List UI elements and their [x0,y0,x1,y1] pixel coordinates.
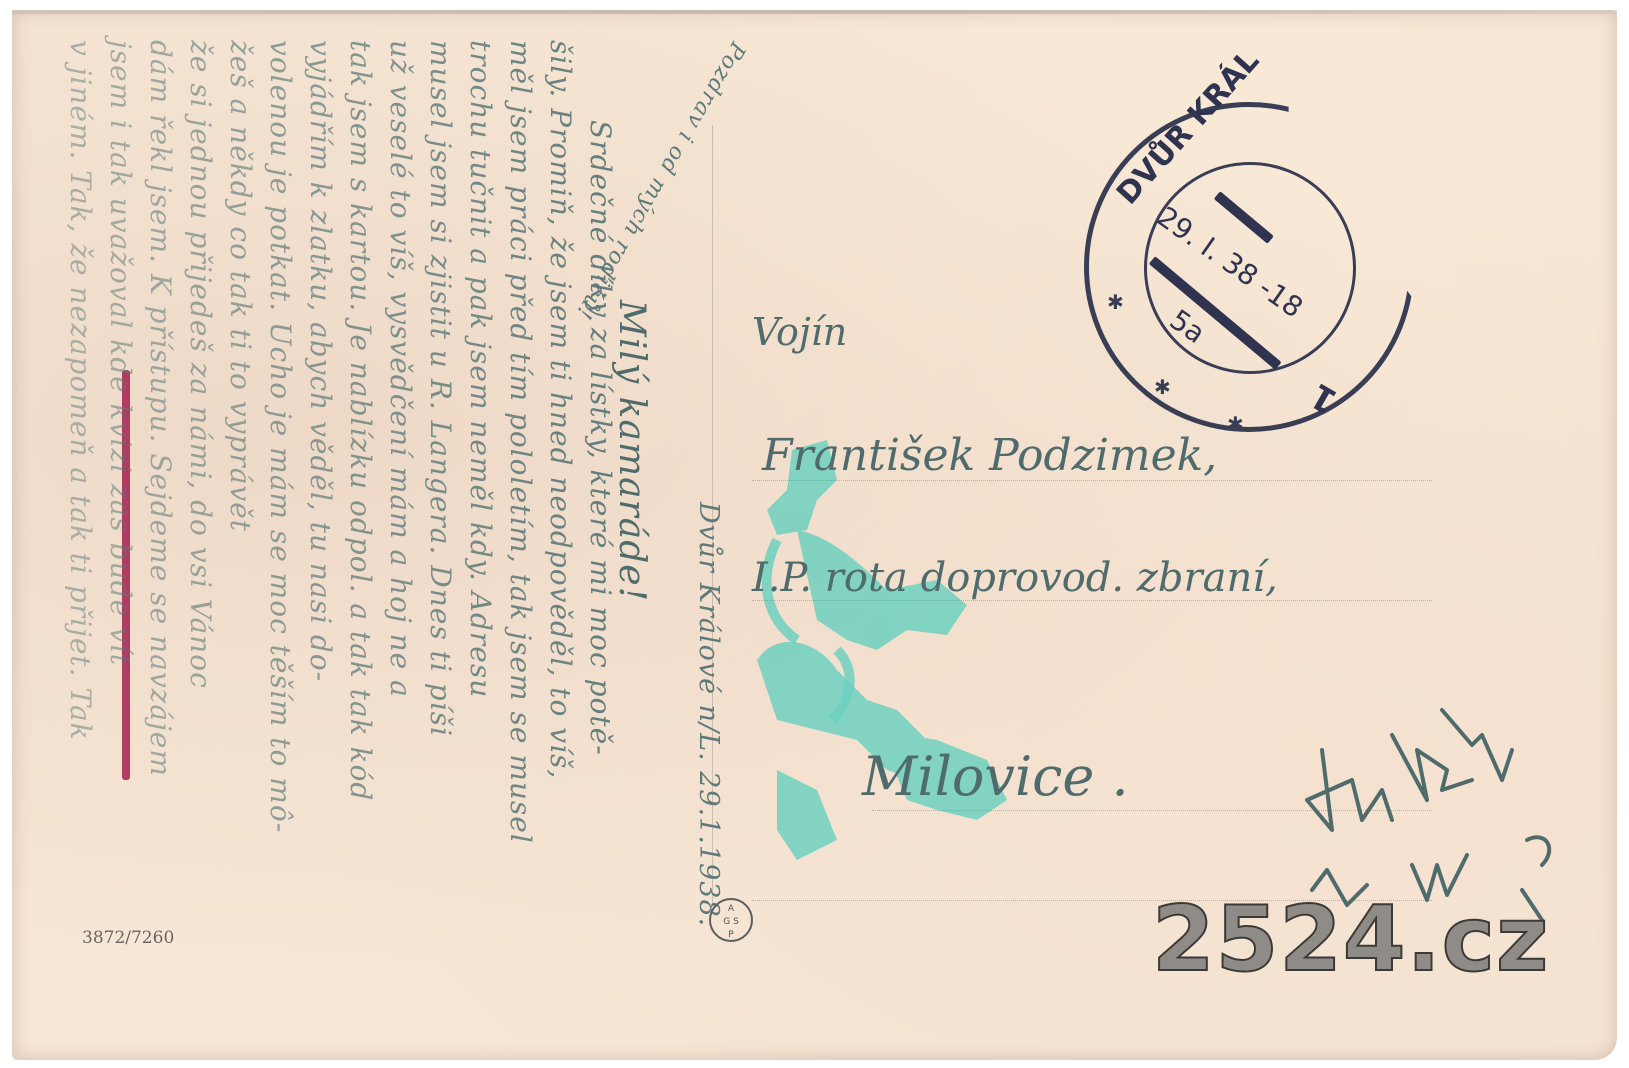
site-watermark: 2524.cz [1152,895,1549,985]
message-line: šily. Promiň, že jsem ti hned neodpovědě… [544,40,577,779]
recipient-town: Milovice . [862,745,1129,808]
postmark-star-icon: ✱ [1107,290,1124,314]
message-line: tak jsem s kartou. Je nablízku odpol. a … [344,40,377,801]
military-label: Vojín [752,310,847,354]
greeting: Milý kamaráde! [611,300,652,602]
message-line: v jiném. Tak, že nezapomeň a tak ti přij… [64,40,97,741]
message-line: jsem i tak uvažoval kde kvizi zas bude v… [104,40,137,666]
print-number: 3872/7260 [82,928,174,948]
message-line: že si jednou přijedeš za námi, do vsi Vá… [184,40,217,689]
mascot-illustration [737,440,1027,880]
place-date: Dvůr Králové n/L. 29.1.1938. [693,502,724,927]
message-line: musel jsem si zjistit u R. Langera. Dnes… [424,40,457,737]
message-line: žeš a někdy co tak ti to vyprávět [224,40,257,532]
message-line: volenou je potkat. Ucho je mám se moc tě… [264,40,297,833]
recipient-unit: I.P. rota doprovod. zbraní, [752,555,1278,601]
postcard: Srdečné díky za lístky, které mi moc pot… [12,10,1617,1060]
message-line: trochu tučnit a pak jsem neměl kdy. Adre… [464,40,497,698]
center-divider [712,125,713,905]
publisher-logo: A G S P [709,898,753,942]
message-line: už veselé to víš, vysvědčení mám a hoj n… [384,40,417,698]
postmark-star-icon: ✱ [1154,375,1171,399]
recipient-name: František Podzimek, [762,430,1217,481]
message-line: měl jsem práci před tím pololetím, tak j… [504,40,537,844]
message-line: vyjádřím k zlatku, abych věděl, tu nasi … [304,40,337,682]
message-line: dám řekl jsem. K přístupu. Sejdeme se na… [144,40,177,777]
postmark-star-icon: ✱ [1227,412,1244,436]
